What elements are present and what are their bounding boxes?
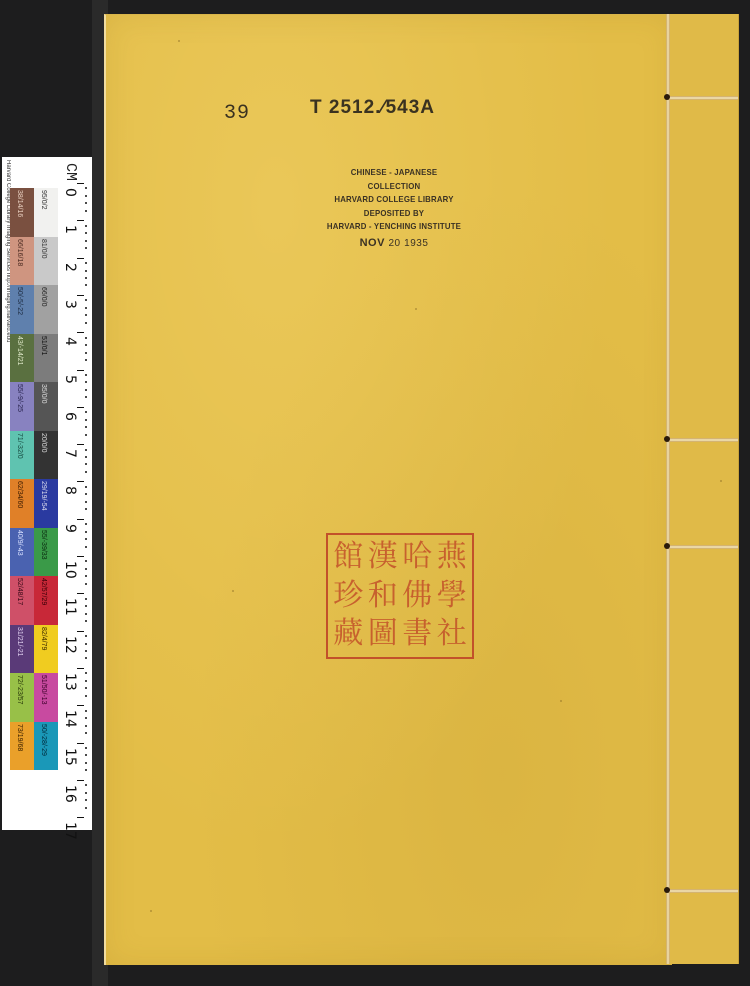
swatch-label: 50/-5/-22: [16, 287, 23, 315]
swatch-label: 51/0/1: [40, 336, 47, 355]
binding-thread-horizontal: [668, 889, 738, 893]
color-swatch: 40/9/-43: [10, 528, 34, 577]
swatch-label: 82/4/79: [40, 627, 47, 650]
swatch-label: 29/19/-54: [40, 481, 47, 511]
color-swatch: 71/-32/0: [10, 431, 34, 480]
swatch-label: 66/16/18: [16, 239, 23, 266]
ruler-dot: [85, 434, 87, 436]
color-swatch: 42/57/29: [34, 576, 58, 625]
stamp-line: HARVARD - YENCHING INSTITUTE: [326, 220, 462, 234]
stamp-line: DEPOSITED BY: [326, 207, 462, 221]
ruler-dot: [85, 277, 87, 279]
ruler-dot: [85, 210, 87, 212]
seal-character: 社: [436, 616, 469, 653]
seal-character: 圖: [367, 616, 400, 653]
color-swatch: 55/-39/33: [34, 528, 58, 577]
color-swatch: 50/-5/-22: [10, 285, 34, 334]
stitch-hole: [664, 94, 670, 100]
swatch-label: 55/-9/-25: [16, 384, 23, 412]
paper-speck: [232, 590, 234, 592]
stamp-date: NOV 20 1935: [320, 237, 468, 251]
ruler-number: 2: [62, 263, 78, 272]
ruler-dot: [85, 732, 87, 734]
ruler-number: 13: [62, 673, 78, 691]
ruler-number: 4: [62, 337, 78, 346]
ruler-dot: [85, 613, 87, 615]
color-swatch: 52/48/17: [10, 576, 34, 625]
ruler-tick: [77, 370, 84, 371]
ruler-dot: [85, 546, 87, 548]
ruler-dot: [85, 725, 87, 727]
ruler-dot: [85, 322, 87, 324]
ruler-dot: [85, 568, 87, 570]
paper-speck: [150, 910, 152, 912]
stitch-hole: [664, 543, 670, 549]
color-swatch: 82/4/79: [34, 625, 58, 674]
color-swatch: 62/34/60: [10, 479, 34, 528]
ruler-dot: [85, 695, 87, 697]
swatch-label: 42/57/29: [40, 578, 47, 605]
color-swatch: 50/-28/-29: [34, 722, 58, 771]
seal-character: 館: [332, 539, 365, 576]
ruler-dot: [85, 359, 87, 361]
swatch-label: 20/0/0: [40, 433, 47, 452]
swatch-label: 43/-14/21: [16, 336, 23, 366]
ruler-number: 14: [62, 710, 78, 728]
ruler-dot: [85, 307, 87, 309]
stitch-hole: [664, 436, 670, 442]
ruler-number: 1: [62, 225, 78, 234]
ruler-tick: [77, 407, 84, 408]
red-seal: 館 漢 哈 燕 珍 和 佛 學 藏 圖 書 社: [326, 533, 474, 659]
ruler-number: 7: [62, 449, 78, 458]
swatch-label: 72/-23/57: [16, 675, 23, 705]
color-swatch: 73/19/68: [10, 722, 34, 771]
ruler-dot: [85, 643, 87, 645]
ruler-dot: [85, 807, 87, 809]
ruler-tick: [77, 556, 84, 557]
binding-thread-vertical: [666, 14, 670, 964]
swatch-label: 51/50/-13: [40, 675, 47, 705]
swatch-label: 73/19/68: [16, 724, 23, 751]
ruler-number: 3: [62, 300, 78, 309]
ruler-tick: [77, 780, 84, 781]
ruler-tick: [77, 444, 84, 445]
ruler-number: 6: [62, 412, 78, 421]
seal-character: 珍: [332, 578, 365, 615]
swatch-label: 95/0/2: [40, 190, 47, 209]
ruler-dot: [85, 389, 87, 391]
color-swatch: 38/14/16: [10, 188, 34, 237]
ruler-number: 17: [62, 822, 78, 840]
swatch-label: 52/48/17: [16, 578, 23, 605]
ruler-number: 12: [62, 636, 78, 654]
ruler-dot: [85, 240, 87, 242]
ruler-number: 0: [62, 188, 78, 197]
ruler-dot: [85, 337, 87, 339]
ruler-dot: [85, 471, 87, 473]
ruler-number: 10: [62, 561, 78, 579]
ruler-tick: [77, 743, 84, 744]
binding-thread-horizontal: [668, 438, 738, 442]
swatch-label: 66/0/0: [40, 287, 47, 306]
ruler-tick: [77, 668, 84, 669]
swatch-label: 38/14/16: [16, 190, 23, 217]
color-swatch: 81/0/0: [34, 237, 58, 286]
ruler-dot: [85, 762, 87, 764]
stamp-line: CHINESE - JAPANESE COLLECTION: [326, 166, 462, 193]
ruler-dot: [85, 374, 87, 376]
color-swatch: 55/-9/-25: [10, 382, 34, 431]
ruler-number: 8: [62, 486, 78, 495]
swatch-label: 40/9/-43: [16, 530, 23, 556]
binding-thread-horizontal: [668, 96, 738, 100]
stamp-line: HARVARD COLLEGE LIBRARY: [326, 193, 462, 207]
ruler-dot: [85, 501, 87, 503]
seal-character: 燕: [436, 539, 469, 576]
ruler-dot: [85, 598, 87, 600]
color-swatch: 51/0/1: [34, 334, 58, 383]
swatch-label: 35/0/0: [40, 384, 47, 403]
seal-character: 學: [436, 578, 469, 615]
seal-character: 和: [367, 578, 400, 615]
cm-label: CM: [62, 163, 79, 181]
color-swatch: 51/50/-13: [34, 673, 58, 722]
color-swatch: 35/0/0: [34, 382, 58, 431]
seal-character: 藏: [332, 616, 365, 653]
color-swatch: 66/0/0: [34, 285, 58, 334]
book-spine: [668, 14, 739, 964]
seal-character: 哈: [401, 539, 434, 576]
color-swatch: 95/0/2: [34, 188, 58, 237]
ruler-dot: [85, 419, 87, 421]
ruler-number: 16: [62, 785, 78, 803]
ruler-dot: [85, 225, 87, 227]
stitch-hole: [664, 887, 670, 893]
ruler-number: 15: [62, 748, 78, 766]
ruler-number: 5: [62, 375, 78, 384]
ruler-dot: [85, 792, 87, 794]
swatch-label: 62/34/60: [16, 481, 23, 508]
ruler-tick: [77, 183, 84, 184]
book-cover: [104, 14, 672, 965]
paper-speck: [415, 308, 417, 310]
swatch-label: 81/0/0: [40, 239, 47, 258]
ruler-number: 11: [62, 598, 78, 616]
ruler-tick: [77, 258, 84, 259]
paper-speck: [720, 480, 722, 482]
color-swatch: 66/16/18: [10, 237, 34, 286]
ruler-dot: [85, 710, 87, 712]
ruler-number: 9: [62, 524, 78, 533]
ruler-dot: [85, 680, 87, 682]
color-swatch: 20/0/0: [34, 431, 58, 480]
ruler-dot: [85, 583, 87, 585]
color-swatch: 29/19/-54: [34, 479, 58, 528]
ruler-dot: [85, 352, 87, 354]
seal-character: 書: [401, 616, 434, 653]
volume-number: 39: [224, 102, 250, 125]
ruler-dot: [85, 486, 87, 488]
ruler-tick: [77, 295, 84, 296]
ruler-dot: [85, 270, 87, 272]
paper-speck: [560, 700, 562, 702]
ruler-dot: [85, 747, 87, 749]
paper-speck: [178, 40, 180, 42]
swatch-label: 55/-39/33: [40, 530, 47, 560]
ruler-tick: [77, 519, 84, 520]
swatch-label: 31/21/-21: [16, 627, 23, 657]
ruler-tick: [77, 817, 84, 818]
library-stamp: CHINESE - JAPANESE COLLECTION HARVARD CO…: [320, 166, 468, 250]
ruler-dot: [85, 531, 87, 533]
ruler-dot: [85, 456, 87, 458]
color-swatch: 43/-14/21: [10, 334, 34, 383]
call-number: T 2512.⁄543A: [310, 97, 435, 119]
ruler-dot: [85, 195, 87, 197]
swatch-label: 71/-32/0: [16, 433, 23, 459]
seal-character: 漢: [367, 539, 400, 576]
ruler-tick: [77, 631, 84, 632]
seal-character: 佛: [401, 578, 434, 615]
swatch-label: 50/-28/-29: [40, 724, 47, 756]
ruler-dot: [85, 449, 87, 451]
binding-thread-horizontal: [668, 545, 738, 549]
color-swatch: 72/-23/57: [10, 673, 34, 722]
ruler-dot: [85, 650, 87, 652]
color-swatch: 31/21/-21: [10, 625, 34, 674]
